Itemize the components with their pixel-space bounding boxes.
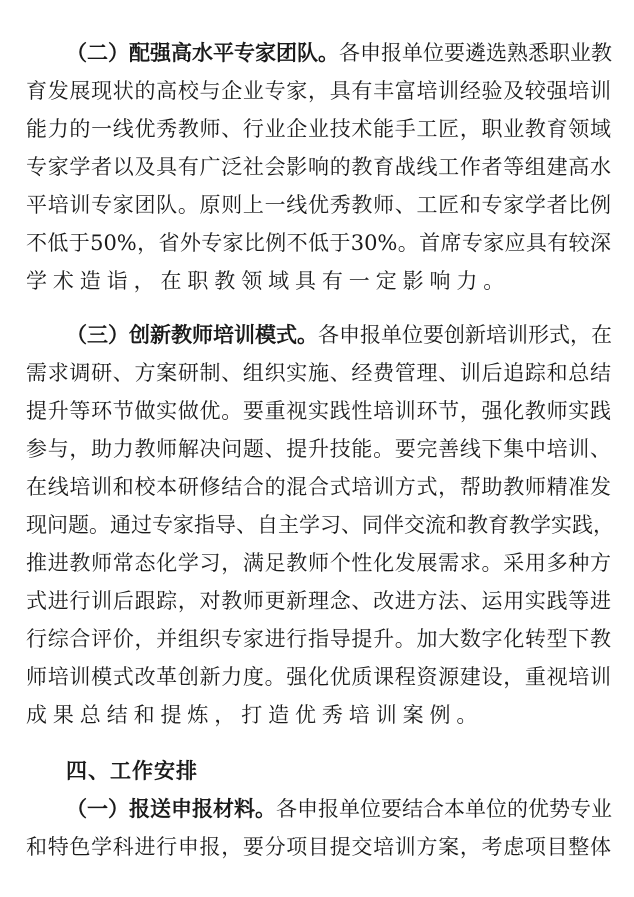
para-4-1-lead: （一）报送申报材料。 [66,796,276,821]
para-2-line-3: 能力的一线优秀教师、行业企业技术能手工匠，职业教育领域 [26,114,611,144]
section-heading-work-arrangement: 四、工作安排 [66,756,198,786]
para-3-line-1-text: 各申报单位要创新培训形式，在 [318,323,612,347]
para-3-line-7: 推进教师常态化学习，满足教师个性化发展需求。采用多种方 [26,548,611,578]
para-2-line-2: 育发展现状的高校与企业专家，具有丰富培训经验及较强培训 [26,76,611,106]
para-3-line-5: 在线培训和校本研修结合的混合式培训方式，帮助教师精准发 [26,472,611,502]
para-2-line-5: 平培训专家团队。原则上一线优秀教师、工匠和专家学者比例 [26,190,611,220]
document-page: （二）配强高水平专家团队。各申报单位要遴选熟悉职业教 育发展现状的高校与企业专家… [0,0,634,897]
para-2-lead: （二）配强高水平专家团队。 [66,40,339,65]
para-3-line-1: （三）创新教师培训模式。各申报单位要创新培训形式，在 [66,320,611,350]
para-3-line-11: 成果总结和提炼，打造优秀培训案例。 [26,700,611,730]
para-3-line-6: 现问题。通过专家指导、自主学习、同伴交流和教育教学实践， [26,510,611,540]
para-3-line-9: 行综合评价，并组织专家进行指导提升。加大数字化转型下教 [26,624,611,654]
para-4-1-line-1: （一）报送申报材料。各申报单位要结合本单位的优势专业 [66,794,611,824]
para-2-line-1-text: 各申报单位要遴选熟悉职业教 [339,41,612,65]
para-3-line-8: 式进行训后跟踪，对教师更新理念、改进方法、运用实践等进 [26,586,611,616]
para-3-lead: （三）创新教师培训模式。 [66,322,318,347]
para-3-line-10: 师培训模式改革创新力度。强化优质课程资源建设，重视培训 [26,662,611,692]
para-2-line-1: （二）配强高水平专家团队。各申报单位要遴选熟悉职业教 [66,38,611,68]
para-3-line-4: 参与，助力教师解决问题、提升技能。要完善线下集中培训、 [26,434,611,464]
para-3-line-2: 需求调研、方案研制、组织实施、经费管理、训后追踪和总结 [26,358,611,388]
para-4-1-line-2: 和特色学科进行申报，要分项目提交培训方案，考虑项目整体 [26,832,611,862]
para-2-line-7: 学术造诣，在职教领域具有一定影响力。 [26,266,611,296]
para-3-line-3: 提升等环节做实做优。要重视实践性培训环节，强化教师实践 [26,396,611,426]
para-4-1-line-1-text: 各申报单位要结合本单位的优势专业 [276,797,612,821]
para-2-line-6: 不低于50%，省外专家比例不低于30%。首席专家应具有较深 [26,228,611,258]
para-2-line-4: 专家学者以及具有广泛社会影响的教育战线工作者等组建高水 [26,152,611,182]
